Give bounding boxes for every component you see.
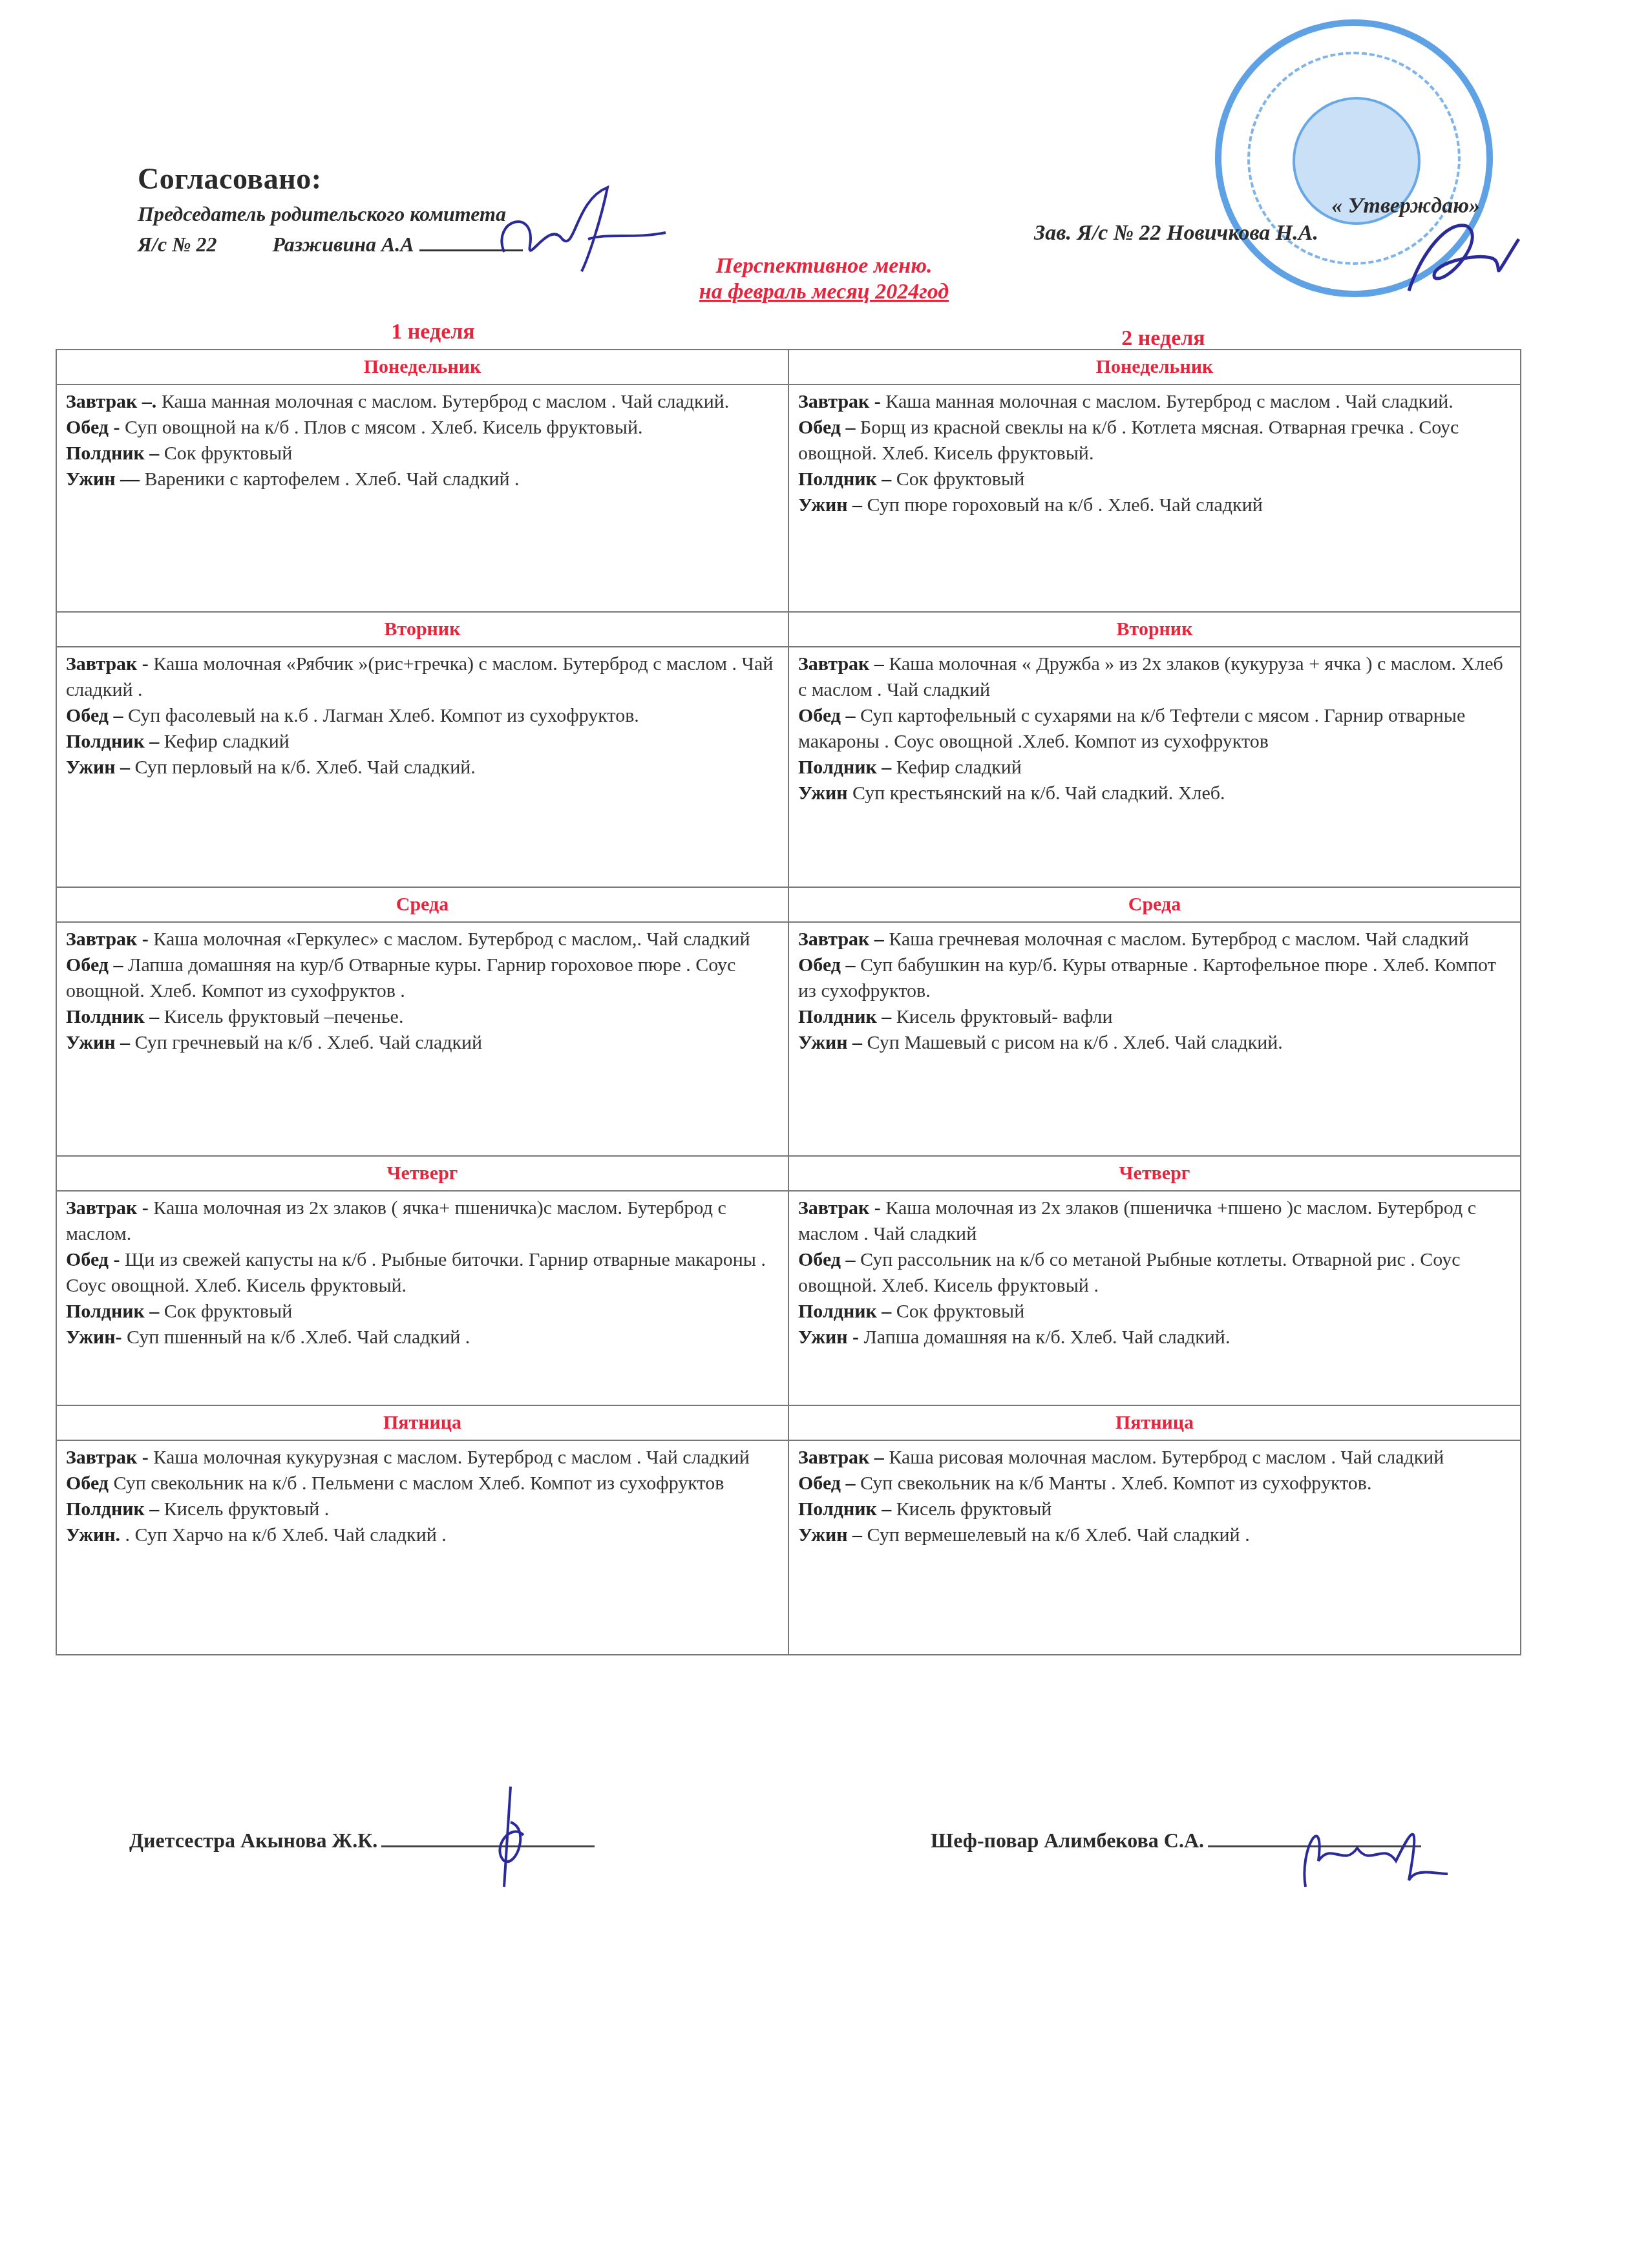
title-line-1: Перспективное меню.: [0, 253, 1648, 279]
day-name: Среда: [788, 887, 1521, 922]
meal-label: Полдник –: [798, 1498, 891, 1520]
meal-label: Полдник –: [66, 731, 159, 752]
dietitian-signature: Диетсестра Акынова Ж.К.: [129, 1829, 595, 1853]
meal-dishes: Каша молочная «Рябчик »(рис+гречка) с ма…: [66, 653, 773, 700]
meal-label: Обед -: [66, 417, 120, 438]
meal-dishes: Суп Машевый с рисом на к/б . Хлеб. Чай с…: [862, 1032, 1283, 1053]
meal-dishes: Сок фруктовый: [891, 468, 1024, 490]
meal-label: Ужин —: [66, 468, 140, 490]
chef-name: Шеф-повар Алимбекова С.А.: [931, 1829, 1204, 1852]
approved-signer: Зав. Я/с № 22 Новичкова Н.А.: [1034, 221, 1486, 246]
day-header-row: ЧетвергЧетверг: [56, 1156, 1521, 1191]
meal-label: Обед –: [798, 417, 856, 438]
meal-label: Ужин –: [798, 1524, 862, 1546]
meal-entry: Ужин- Суп пшенный на к/б .Хлеб. Чай слад…: [66, 1325, 779, 1350]
meal-dishes: Сок фруктовый: [891, 1301, 1024, 1322]
day-menu-cell: Завтрак –. Каша манная молочная с маслом…: [56, 384, 788, 612]
meal-dishes: Борщ из красной свеклы на к/б . Котлета …: [798, 417, 1459, 464]
day-menu-cell: Завтрак - Каша манная молочная с маслом.…: [788, 384, 1521, 612]
menu-table: ПонедельникПонедельникЗавтрак –. Каша ма…: [56, 349, 1521, 1655]
agreed-block: Согласовано: Председатель родительского …: [138, 162, 523, 257]
meal-entry: Полдник – Сок фруктовый: [66, 441, 779, 467]
approved-label: « Утверждаю»: [1034, 194, 1486, 218]
day-name: Пятница: [56, 1405, 788, 1440]
meal-label: Ужин –: [798, 494, 862, 516]
meal-entry: Обед - Щи из свежей капусты на к/б . Рыб…: [66, 1247, 779, 1299]
day-name: Понедельник: [788, 350, 1521, 384]
meal-label: Обед –: [798, 954, 856, 976]
day-name: Понедельник: [56, 350, 788, 384]
meal-entry: Завтрак – Каша рисовая молочная маслом. …: [798, 1445, 1511, 1471]
day-name: Четверг: [788, 1156, 1521, 1191]
meal-dishes: Суп фасолевый на к.б . Лагман Хлеб. Комп…: [123, 705, 639, 726]
meal-entry: Завтрак - Каша молочная кукурузная с мас…: [66, 1445, 779, 1471]
meal-entry: Завтрак - Каша молочная из 2х злаков ( я…: [66, 1195, 779, 1247]
day-name: Пятница: [788, 1405, 1521, 1440]
meal-dishes: Суп перловый на к/б. Хлеб. Чай сладкий.: [130, 757, 476, 778]
meal-dishes: Суп свекольник на к/б . Пельмени с масло…: [109, 1473, 724, 1494]
day-menu-cell: Завтрак – Каша гречневая молочная с масл…: [788, 922, 1521, 1156]
meal-entry: Полдник – Сок фруктовый: [798, 1299, 1511, 1325]
meal-entry: Полдник – Кисель фруктовый –печенье.: [66, 1004, 779, 1030]
meal-dishes: Лапша домашняя на к/б. Хлеб. Чай сладкий…: [859, 1327, 1230, 1348]
day-header-row: ПятницаПятница: [56, 1405, 1521, 1440]
agreed-org: Я/с № 22: [138, 233, 217, 256]
meal-label: Полдник –: [798, 468, 891, 490]
meal-entry: Полдник – Сок фруктовый: [798, 467, 1511, 492]
day-menu-row: Завтрак - Каша молочная «Рябчик »(рис+гр…: [56, 647, 1521, 887]
meal-entry: Обед – Суп фасолевый на к.б . Лагман Хле…: [66, 703, 779, 729]
meal-entry: Полдник – Кефир сладкий: [66, 729, 779, 755]
approved-block: « Утверждаю» Зав. Я/с № 22 Новичкова Н.А…: [1034, 194, 1486, 246]
meal-entry: Обед – Суп бабушкин на кур/б. Куры отвар…: [798, 952, 1511, 1004]
meal-dishes: Суп гречневый на к/б . Хлеб. Чай сладкий: [130, 1032, 482, 1053]
meal-dishes: Каша манная молочная с маслом. Бутерброд…: [881, 391, 1453, 412]
meal-entry: Полдник – Кисель фруктовый- вафли: [798, 1004, 1511, 1030]
meal-dishes: Вареники с картофелем . Хлеб. Чай сладки…: [140, 468, 520, 490]
meal-entry: Ужин – Суп перловый на к/б. Хлеб. Чай сл…: [66, 755, 779, 781]
meal-dishes: . Суп Харчо на к/б Хлеб. Чай сладкий .: [120, 1524, 447, 1546]
meal-label: Завтрак -: [798, 391, 881, 412]
meal-entry: Обед – Суп свекольник на к/б Манты . Хле…: [798, 1471, 1511, 1496]
meal-label: Полдник –: [66, 443, 159, 464]
meal-entry: Полдник – Кисель фруктовый: [798, 1496, 1511, 1522]
meal-entry: Полдник – Кисель фруктовый .: [66, 1496, 779, 1522]
meal-dishes: Суп свекольник на к/б Манты . Хлеб. Комп…: [856, 1473, 1372, 1494]
agreed-role: Председатель родительского комитета: [138, 202, 523, 226]
meal-entry: Ужин – Суп гречневый на к/б . Хлеб. Чай …: [66, 1030, 779, 1056]
meal-dishes: Щи из свежей капусты на к/б . Рыбные бит…: [66, 1249, 766, 1296]
meal-label: Полдник –: [66, 1301, 159, 1322]
meal-dishes: Суп пюре гороховый на к/б . Хлеб. Чай сл…: [862, 494, 1263, 516]
meal-label: Обед -: [66, 1249, 120, 1270]
meal-dishes: Каша гречневая молочная с маслом. Бутерб…: [884, 929, 1469, 950]
meal-dishes: Кисель фруктовый –печенье.: [159, 1006, 403, 1027]
meal-dishes: Сок фруктовый: [159, 1301, 292, 1322]
meal-entry: Полдник – Кефир сладкий: [798, 755, 1511, 781]
meal-label: Завтрак -: [66, 1447, 149, 1468]
meal-label: Обед: [66, 1473, 109, 1494]
day-menu-row: Завтрак - Каша молочная кукурузная с мас…: [56, 1440, 1521, 1655]
meal-dishes: Суп бабушкин на кур/б. Куры отварные . К…: [798, 954, 1496, 1002]
meal-entry: Завтрак - Каша молочная «Геркулес» с мас…: [66, 927, 779, 952]
meal-dishes: Суп картофельный с сухарями на к/б Тефте…: [798, 705, 1465, 752]
meal-label: Полдник –: [798, 1006, 891, 1027]
day-menu-row: Завтрак - Каша молочная «Геркулес» с мас…: [56, 922, 1521, 1156]
meal-entry: Ужин. . Суп Харчо на к/б Хлеб. Чай сладк…: [66, 1522, 779, 1548]
meal-entry: Обед Суп свекольник на к/б . Пельмени с …: [66, 1471, 779, 1496]
meal-label: Завтрак -: [798, 1197, 881, 1219]
agreed-title: Согласовано:: [138, 162, 523, 196]
meal-entry: Ужин — Вареники с картофелем . Хлеб. Чай…: [66, 467, 779, 492]
agreed-name: Разживина А.А: [272, 233, 414, 256]
week-2-label: 2 неделя: [1002, 326, 1325, 351]
meal-entry: Обед – Борщ из красной свеклы на к/б . К…: [798, 415, 1511, 467]
meal-dishes: Лапша домашняя на кур/б Отварные куры. Г…: [66, 954, 735, 1002]
meal-entry: Завтрак - Каша молочная из 2х злаков (пш…: [798, 1195, 1511, 1247]
chef-signature: Шеф-повар Алимбекова С.А.: [931, 1829, 1421, 1853]
day-header-row: ВторникВторник: [56, 612, 1521, 647]
meal-dishes: Каша молочная кукурузная с маслом. Бутер…: [149, 1447, 750, 1468]
meal-label: Обед –: [66, 954, 123, 976]
meal-dishes: Кисель фруктовый: [891, 1498, 1051, 1520]
day-header-row: СредаСреда: [56, 887, 1521, 922]
day-name: Вторник: [56, 612, 788, 647]
meal-entry: Полдник – Сок фруктовый: [66, 1299, 779, 1325]
meal-dishes: Суп овощной на к/б . Плов с мясом . Хлеб…: [120, 417, 643, 438]
meal-label: Полдник –: [66, 1498, 159, 1520]
week-1-label: 1 неделя: [271, 320, 595, 344]
meal-label: Ужин –: [66, 757, 130, 778]
day-menu-cell: Завтрак - Каша молочная «Геркулес» с мас…: [56, 922, 788, 1156]
signature-line: [381, 1830, 595, 1847]
meal-label: Ужин -: [798, 1327, 859, 1348]
day-header-row: ПонедельникПонедельник: [56, 350, 1521, 384]
meal-entry: Обед – Лапша домашняя на кур/б Отварные …: [66, 952, 779, 1004]
meal-label: Обед –: [798, 705, 856, 726]
meal-dishes: Каша молочная « Дружба » из 2х злаков (к…: [798, 653, 1503, 700]
day-menu-cell: Завтрак - Каша молочная из 2х злаков ( я…: [56, 1191, 788, 1405]
day-name: Среда: [56, 887, 788, 922]
dietitian-name: Диетсестра Акынова Ж.К.: [129, 1829, 377, 1852]
meal-dishes: Суп крестьянский на к/б. Чай сладкий. Хл…: [847, 782, 1225, 804]
meal-dishes: Кефир сладкий: [159, 731, 290, 752]
meal-dishes: Кисель фруктовый .: [159, 1498, 329, 1520]
meal-label: Полдник –: [66, 1006, 159, 1027]
meal-label: Завтрак -: [66, 929, 149, 950]
day-name: Четверг: [56, 1156, 788, 1191]
day-menu-cell: Завтрак – Каша молочная « Дружба » из 2х…: [788, 647, 1521, 887]
meal-entry: Ужин - Лапша домашняя на к/б. Хлеб. Чай …: [798, 1325, 1511, 1350]
meal-label: Ужин: [798, 782, 847, 804]
meal-label: Обед –: [798, 1249, 856, 1270]
meal-entry: Ужин Суп крестьянский на к/б. Чай сладки…: [798, 781, 1511, 806]
meal-entry: Обед - Суп овощной на к/б . Плов с мясом…: [66, 415, 779, 441]
meal-label: Завтрак -: [66, 653, 149, 675]
meal-dishes: Каша молочная из 2х злаков (пшеничка +пш…: [798, 1197, 1476, 1244]
meal-entry: Обед – Суп картофельный с сухарями на к/…: [798, 703, 1511, 755]
meal-entry: Ужин – Суп вермешелевый на к/б Хлеб. Чай…: [798, 1522, 1511, 1548]
meal-label: Ужин –: [798, 1032, 862, 1053]
signature-line: [419, 235, 523, 251]
meal-label: Обед –: [66, 705, 123, 726]
meal-dishes: Суп пшенный на к/б .Хлеб. Чай сладкий .: [121, 1327, 470, 1348]
day-menu-cell: Завтрак - Каша молочная из 2х злаков (пш…: [788, 1191, 1521, 1405]
signature-line: [1208, 1830, 1421, 1847]
meal-dishes: Каша манная молочная с маслом. Бутерброд…: [156, 391, 729, 412]
meal-label: Завтрак –: [798, 929, 884, 950]
meal-entry: Завтрак - Каша молочная «Рябчик »(рис+гр…: [66, 651, 779, 703]
meal-entry: Ужин – Суп Машевый с рисом на к/б . Хлеб…: [798, 1030, 1511, 1056]
meal-label: Завтрак -: [66, 1197, 149, 1219]
meal-dishes: Каша рисовая молочная маслом. Бутерброд …: [884, 1447, 1444, 1468]
day-menu-row: Завтрак –. Каша манная молочная с маслом…: [56, 384, 1521, 612]
meal-entry: Завтрак –. Каша манная молочная с маслом…: [66, 389, 779, 415]
meal-label: Ужин –: [66, 1032, 130, 1053]
meal-entry: Обед – Суп рассольник на к/б со метаной …: [798, 1247, 1511, 1299]
day-menu-cell: Завтрак - Каша молочная кукурузная с мас…: [56, 1440, 788, 1655]
meal-dishes: Суп рассольник на к/б со метаной Рыбные …: [798, 1249, 1461, 1296]
title-line-2: на февраль месяц 2024год: [0, 279, 1648, 305]
meal-dishes: Суп вермешелевый на к/б Хлеб. Чай сладки…: [862, 1524, 1250, 1546]
meal-entry: Завтрак - Каша манная молочная с маслом.…: [798, 389, 1511, 415]
meal-label: Ужин.: [66, 1524, 120, 1546]
meal-label: Обед –: [798, 1473, 856, 1494]
meal-dishes: Кефир сладкий: [891, 757, 1022, 778]
meal-entry: Завтрак – Каша молочная « Дружба » из 2х…: [798, 651, 1511, 703]
meal-label: Завтрак –.: [66, 391, 156, 412]
meal-entry: Ужин – Суп пюре гороховый на к/б . Хлеб.…: [798, 492, 1511, 518]
meal-label: Завтрак –: [798, 1447, 884, 1468]
meal-dishes: Каша молочная из 2х злаков ( ячка+ пшени…: [66, 1197, 726, 1244]
meal-entry: Завтрак – Каша гречневая молочная с масл…: [798, 927, 1511, 952]
day-menu-row: Завтрак - Каша молочная из 2х злаков ( я…: [56, 1191, 1521, 1405]
meal-label: Полдник –: [798, 757, 891, 778]
meal-label: Завтрак –: [798, 653, 884, 675]
day-name: Вторник: [788, 612, 1521, 647]
day-menu-cell: Завтрак - Каша молочная «Рябчик »(рис+гр…: [56, 647, 788, 887]
meal-dishes: Каша молочная «Геркулес» с маслом. Бутер…: [149, 929, 750, 950]
document-title: Перспективное меню. на февраль месяц 202…: [0, 253, 1648, 305]
meal-label: Полдник –: [798, 1301, 891, 1322]
day-menu-cell: Завтрак – Каша рисовая молочная маслом. …: [788, 1440, 1521, 1655]
meal-dishes: Сок фруктовый: [159, 443, 292, 464]
meal-label: Ужин-: [66, 1327, 121, 1348]
meal-dishes: Кисель фруктовый- вафли: [891, 1006, 1112, 1027]
